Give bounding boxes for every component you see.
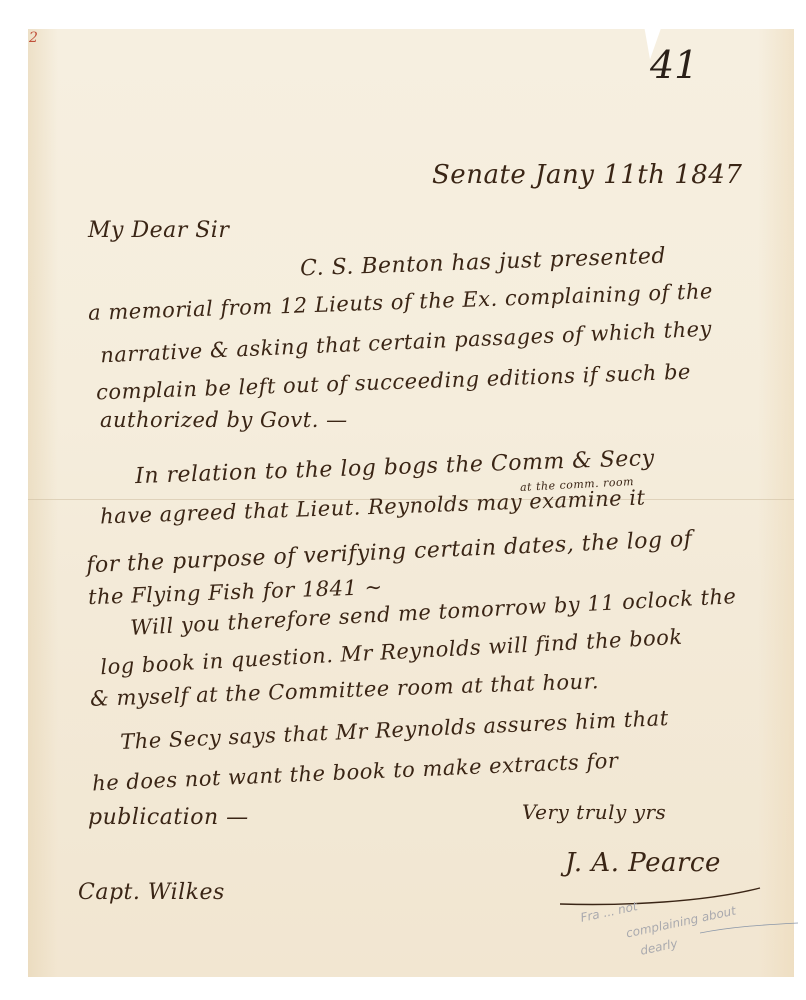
- folio-number: 41: [650, 43, 698, 87]
- pencil-line: [700, 915, 800, 945]
- body-line-15: publication —: [88, 805, 249, 830]
- body-line-5: authorized by Govt. —: [100, 408, 348, 432]
- red-page-mark: 2: [29, 30, 38, 46]
- salutation: My Dear Sir: [88, 218, 229, 243]
- dateline: Senate Jany 11th 1847: [432, 160, 742, 190]
- signature: J. A. Pearce: [565, 848, 721, 878]
- signature-flourish: [555, 880, 775, 910]
- closing: Very truly yrs: [522, 800, 666, 824]
- addressee: Capt. Wilkes: [78, 880, 225, 905]
